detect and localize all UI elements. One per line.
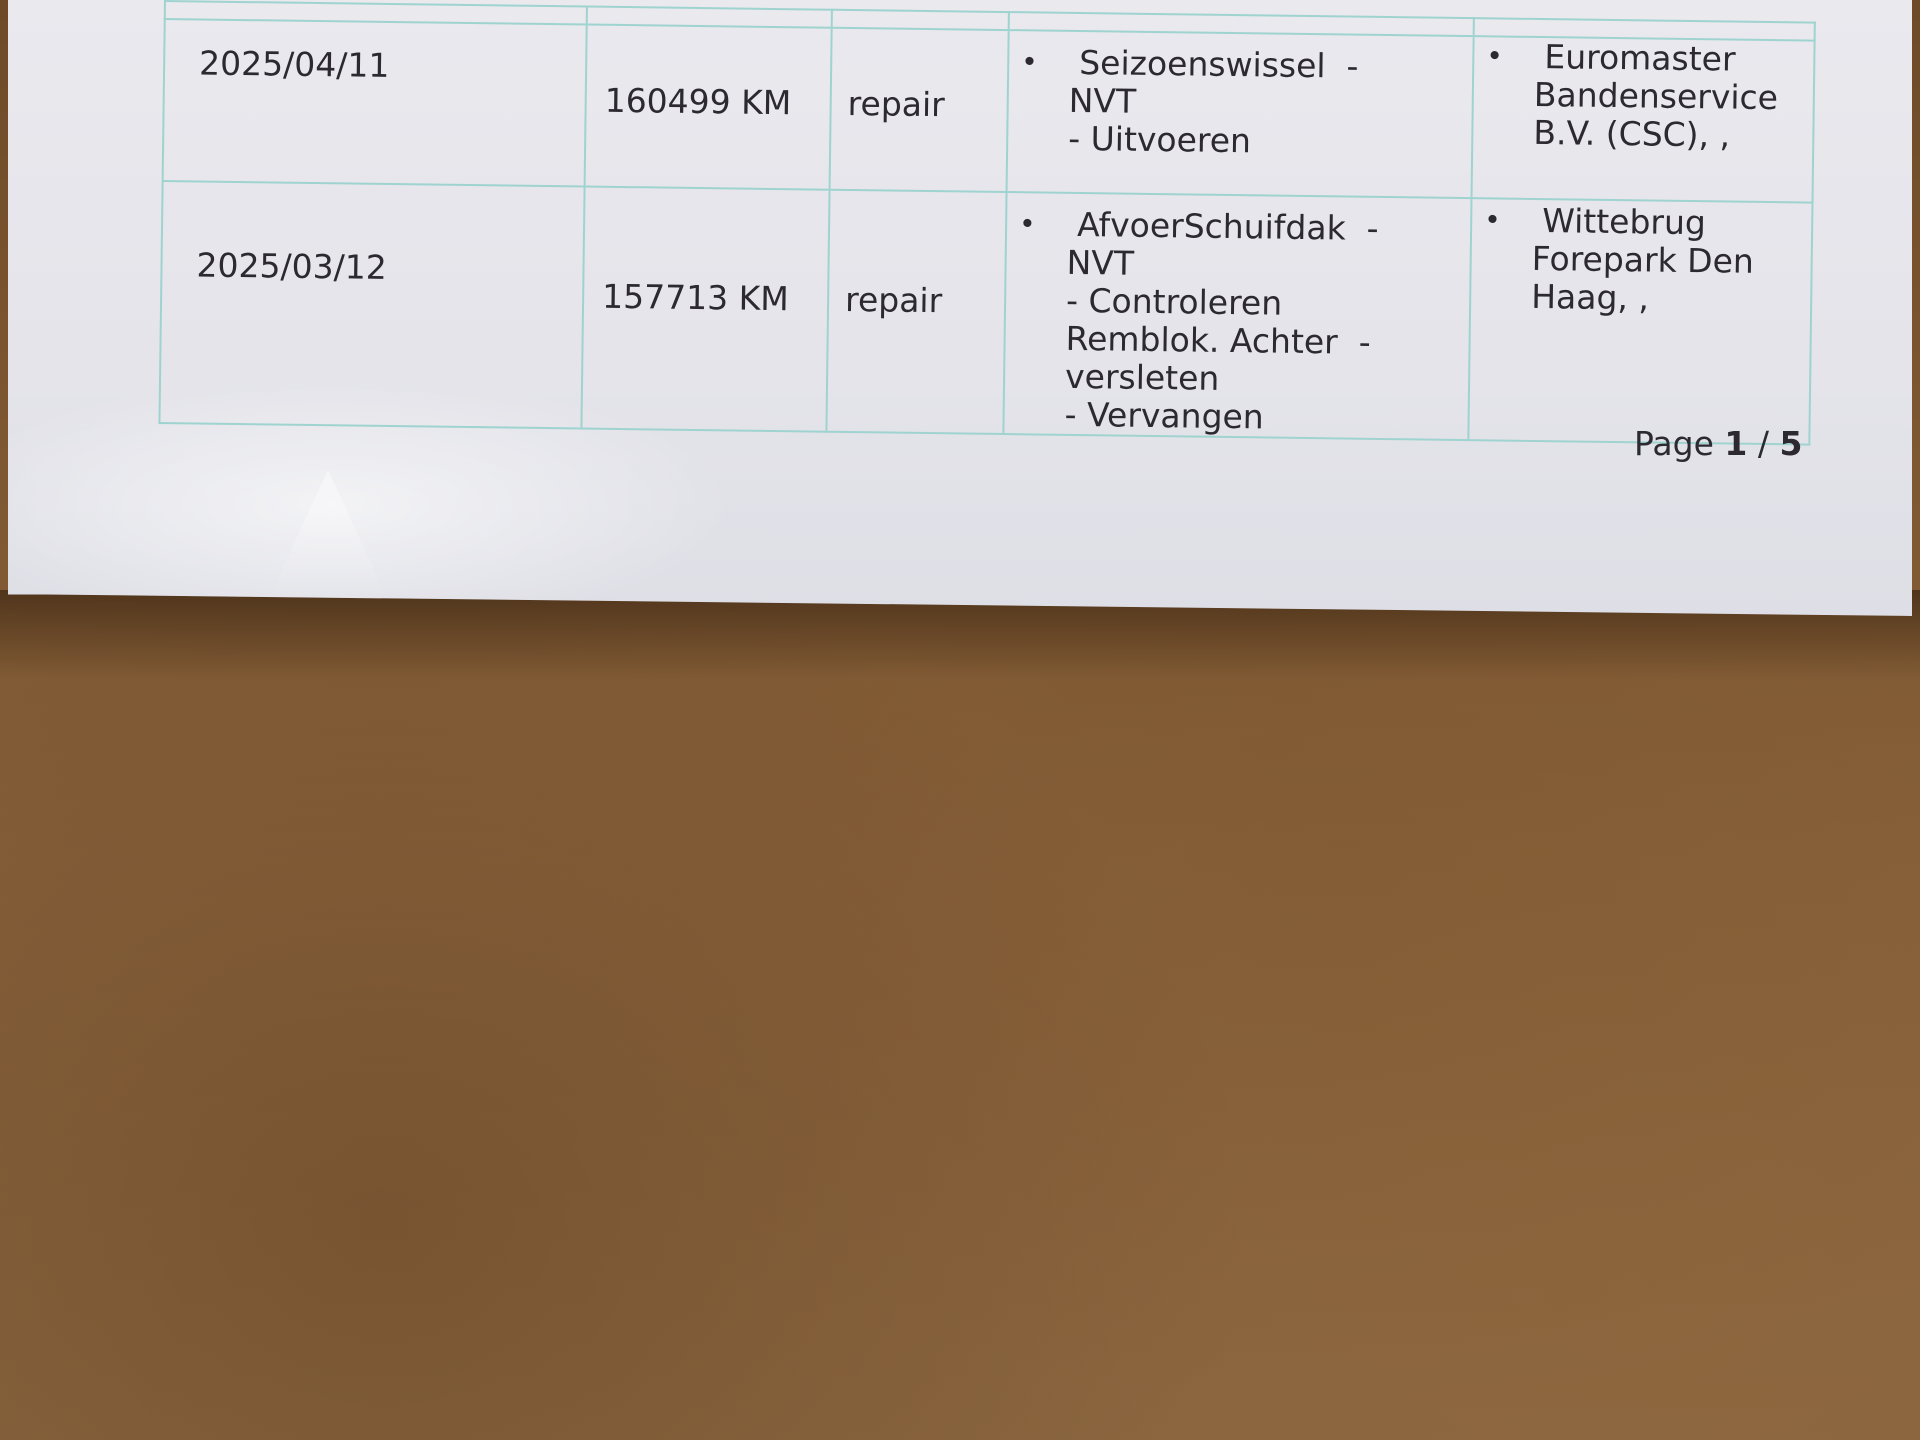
work-list: • Seizoenswissel - NVT - Uitvoeren [1008,31,1473,163]
garage-item: • Wittebrug Forepark Den Haag, , [1541,202,1801,319]
date-text: 2025/03/12 [162,182,583,289]
cell-work: • AfvoerSchuifdak - NVT - Controleren Re… [1003,192,1471,440]
mileage-text: 160499 KM [586,26,830,123]
cell-work: • Seizoenswissel - NVT - Uitvoeren [1007,30,1474,198]
work-item: • AfvoerSchuifdak - NVT - Controleren Re… [1074,206,1460,439]
type-text: repair [829,191,1006,321]
bullet-icon: • [1486,37,1503,75]
bullet-icon: • [1019,205,1036,243]
garage-list: • Euromaster Bandenservice B.V. (CSC), , [1473,37,1813,155]
cell-garage: • Wittebrug Forepark Den Haag, , [1468,198,1812,444]
garage-list: • Wittebrug Forepark Den Haag, , [1471,199,1811,319]
cell-date: 2025/03/12 [159,181,584,429]
cell-date: 2025/04/11 [163,19,587,187]
mileage-text: 157713 KM [584,188,829,319]
garage-item: • Euromaster Bandenservice B.V. (CSC), , [1543,38,1803,155]
bullet-icon: • [1484,201,1501,239]
history-table: 2025/04/11 160499 KM repair • Seizoenswi… [158,0,1815,446]
page-total: 5 [1779,424,1802,463]
page-current: 1 [1724,424,1747,463]
paper-crease [268,470,388,600]
cell-mileage: 157713 KM [581,187,829,432]
table-row: 2025/03/12 157713 KM repair • AfvoerSchu… [159,181,1812,445]
bullet-icon: • [1021,43,1038,81]
cell-type: repair [830,28,1009,192]
page-label: Page [1634,424,1714,463]
printed-page: 2025/04/11 160499 KM repair • Seizoenswi… [8,0,1912,616]
table-row: 2025/04/11 160499 KM repair • Seizoenswi… [163,19,1815,203]
maintenance-history-table: 2025/04/11 160499 KM repair • Seizoenswi… [159,0,1804,431]
page-number: Page 1 / 5 [1634,424,1802,463]
cell-type: repair [826,190,1006,434]
date-text: 2025/04/11 [165,20,586,87]
page-separator: / [1758,424,1769,463]
cell-mileage: 160499 KM [585,25,832,190]
cell-garage: • Euromaster Bandenservice B.V. (CSC), , [1472,36,1815,202]
work-list: • AfvoerSchuifdak - NVT - Controleren Re… [1004,193,1470,439]
type-text: repair [831,29,1007,125]
work-item: • Seizoenswissel - NVT - Uitvoeren [1078,44,1462,163]
